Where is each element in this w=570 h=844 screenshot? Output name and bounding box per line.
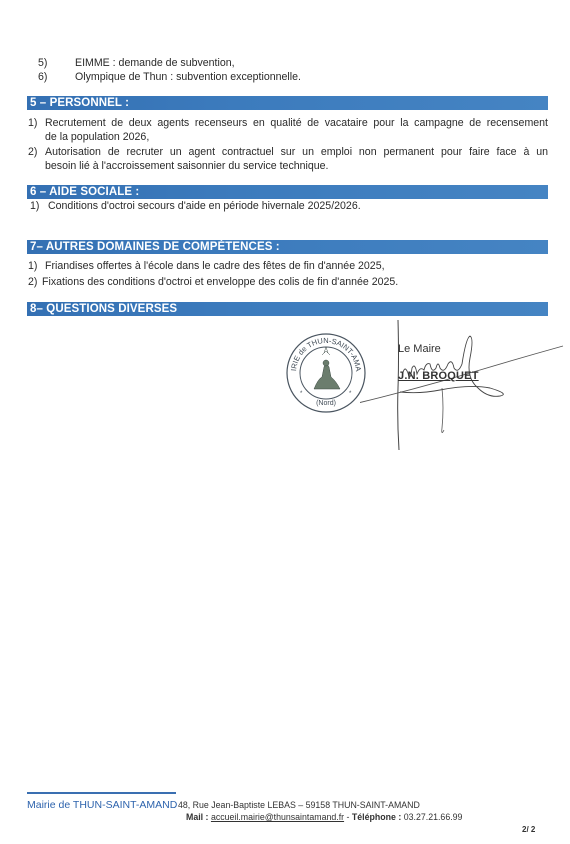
page-number: 2/ 2 (522, 825, 535, 834)
stamp-bottom-text: (Nord) (316, 400, 336, 407)
item-number: 2) (28, 275, 37, 289)
item-number: 1) (30, 199, 39, 213)
item-number: 2) (28, 145, 37, 159)
signature-scribble-icon (360, 318, 565, 453)
phone-label: Téléphone : (352, 812, 401, 822)
item-number: 6) (38, 70, 47, 84)
mail-label: Mail : (186, 812, 208, 822)
signature-name: J.N. BROQUET (398, 370, 479, 382)
mairie-stamp: MAIRIE de THUN-SAINT-AMAND (Nord) * * (284, 331, 368, 415)
signature-role: Le Maire (398, 343, 441, 355)
item-text: Olympique de Thun : subvention exception… (75, 70, 301, 84)
item-number: 1) (28, 259, 37, 273)
footer-divider (27, 792, 176, 794)
footer-organization: Mairie de THUN-SAINT-AMAND (27, 799, 177, 811)
item-text: EIMME : demande de subvention, (75, 56, 235, 70)
personnel-item-1-cont: de la population 2026, (45, 130, 149, 144)
item-text: Conditions d'octroi secours d'aide en pé… (48, 199, 361, 213)
stamp-seal-icon: MAIRIE de THUN-SAINT-AMAND (Nord) * * (284, 331, 368, 415)
footer-address: 48, Rue Jean-Baptiste LEBAS – 59158 THUN… (178, 800, 420, 810)
section-header-personnel: 5 – PERSONNEL : (27, 96, 548, 110)
item-number: 1) (28, 116, 37, 130)
mail-link[interactable]: accueil.mairie@thunsaintamand.fr (211, 812, 344, 822)
svg-text:*: * (300, 391, 303, 397)
phone-number: 03.27.21.66.99 (404, 812, 463, 822)
section-header-autres-domaines: 7– AUTRES DOMAINES DE COMPÉTENCES : (27, 240, 548, 254)
item-text: Friandises offertes à l'école dans le ca… (45, 259, 385, 273)
item-text: Fixations des conditions d'octroi et env… (42, 275, 398, 289)
section-header-questions-diverses: 8– QUESTIONS DIVERSES (27, 302, 548, 316)
personnel-item-2-cont: besoin lié à l'accroissement saisonnier … (45, 159, 329, 173)
item-text-line-1: Recrutement de deux agents recenseurs en… (45, 116, 548, 130)
footer-contact: Mail : accueil.mairie@thunsaintamand.fr … (186, 812, 462, 822)
item-text-line-1: Autorisation de recruter un agent contra… (45, 145, 548, 159)
item-number: 5) (38, 56, 47, 70)
contact-separator: - (344, 812, 352, 822)
section-header-aide-sociale: 6 – AIDE SOCIALE : (27, 185, 548, 199)
svg-text:*: * (349, 391, 352, 397)
